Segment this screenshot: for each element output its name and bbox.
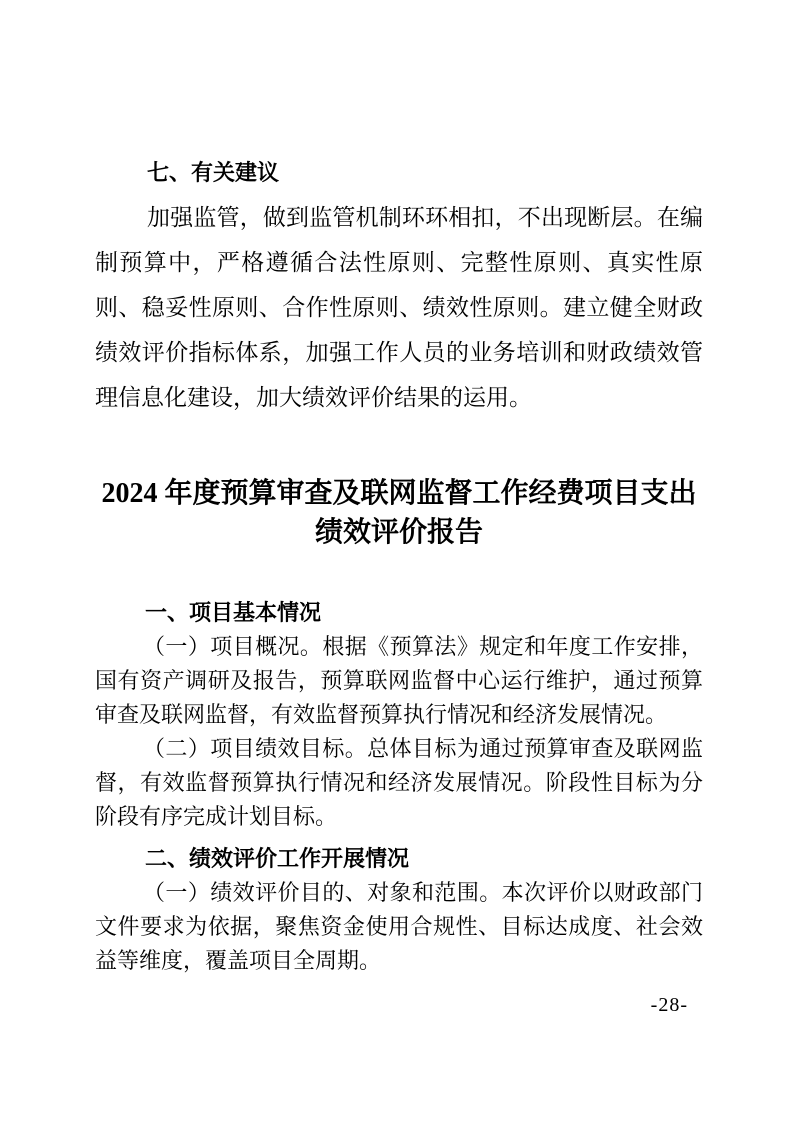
performance-goal-paragraph: （二）项目绩效目标。总体目标为通过预算审查及联网监督，有效监督预算执行情况和经济… (95, 732, 703, 834)
section-heading-suggestions: 七、有关建议 (95, 150, 703, 195)
report-title: 2024 年度预算审查及联网监督工作经费项目支出绩效评价报告 (95, 474, 703, 552)
section-heading-basic-info: 一、项目基本情况 (95, 596, 703, 630)
suggestions-section: 七、有关建议 加强监管，做到监管机制环环相扣，不出现断层。在编制预算中，严格遵循… (95, 150, 703, 420)
section-heading-evaluation-work: 二、绩效评价工作开展情况 (95, 842, 703, 876)
document-page: 七、有关建议 加强监管，做到监管机制环环相扣，不出现断层。在编制预算中，严格遵循… (0, 0, 793, 1122)
evaluation-scope-paragraph: （一）绩效评价目的、对象和范围。本次评价以财政部门文件要求为依据，聚焦资金使用合… (95, 876, 703, 978)
suggestions-paragraph: 加强监管，做到监管机制环环相扣，不出现断层。在编制预算中，严格遵循合法性原则、完… (95, 195, 703, 420)
document-content: 七、有关建议 加强监管，做到监管机制环环相扣，不出现断层。在编制预算中，严格遵循… (95, 150, 703, 978)
report-body: 一、项目基本情况 （一）项目概况。根据《预算法》规定和年度工作安排，国有资产调研… (95, 596, 703, 978)
project-overview-paragraph: （一）项目概况。根据《预算法》规定和年度工作安排，国有资产调研及报告，预算联网监… (95, 630, 703, 732)
page-number: -28- (651, 994, 688, 1017)
